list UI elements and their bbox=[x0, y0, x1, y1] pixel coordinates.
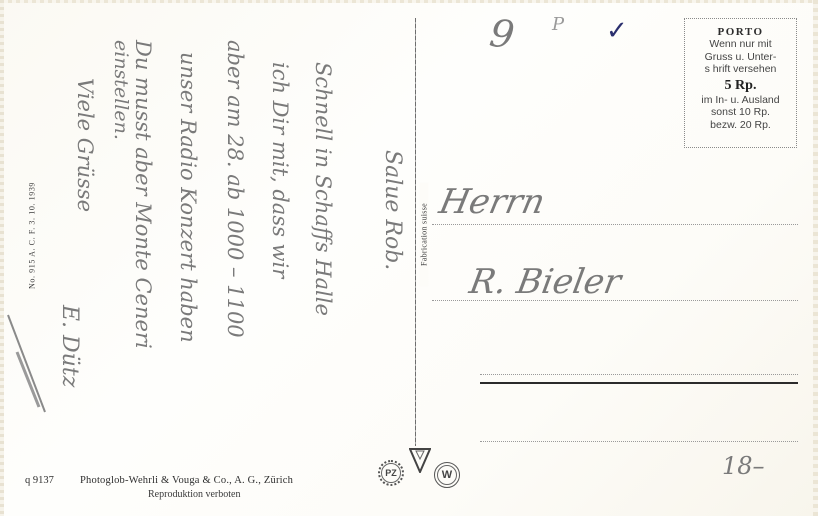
stamp-text: s hrift versehen bbox=[685, 63, 796, 76]
card-edge-left bbox=[0, 0, 4, 516]
printer-number: No. 915 A. C. F. 3. 10. 1939 bbox=[28, 166, 37, 306]
address-line-1 bbox=[432, 224, 798, 225]
message-closing: Viele Grüsse bbox=[73, 78, 97, 212]
card-edge-top bbox=[0, 0, 818, 3]
card-edge-right bbox=[813, 0, 818, 516]
address-salutation: Herrn bbox=[436, 182, 549, 222]
stamp-text: Gruss u. Unter- bbox=[685, 51, 796, 64]
stamp-text: sonst 10 Rp. bbox=[685, 106, 796, 119]
stamp-title: PORTO bbox=[685, 26, 796, 38]
message-line: aber am 28. ab 1000 – 1100 bbox=[223, 40, 247, 338]
address-underline bbox=[480, 382, 798, 384]
w-logo-icon: W bbox=[434, 462, 460, 488]
message-signature: E. Dütz bbox=[57, 305, 82, 387]
address-line-4 bbox=[480, 441, 798, 442]
card-code: q 9137 bbox=[25, 475, 54, 486]
publisher-label: Photoglob-Wehrli & Vouga & Co., A. G., Z… bbox=[80, 475, 293, 486]
pencil-mark-nine: 9 bbox=[487, 11, 517, 58]
reproduction-notice: Reproduktion verboten bbox=[148, 489, 240, 500]
stamp-price: 5 Rp. bbox=[685, 77, 796, 94]
stamp-text: bezw. 20 Rp. bbox=[685, 119, 796, 132]
stamp-text: im In- u. Ausland bbox=[685, 94, 796, 107]
address-name: R. Bieler bbox=[466, 262, 624, 302]
checkmark-icon: ✓ bbox=[606, 16, 628, 46]
price-mark: 18– bbox=[722, 452, 765, 480]
message-line: unser Radio Konzert haben bbox=[176, 52, 200, 343]
pencil-stroke-icon bbox=[5, 312, 55, 422]
message-line: Schnell in Schaffs Halle bbox=[311, 62, 335, 316]
postcard-back: 9 P ✓ PORTO Wenn nur mit Gruss u. Unter-… bbox=[0, 0, 818, 516]
message-greeting: Salue Rob. bbox=[380, 150, 405, 270]
message-line: Du musst aber Monte Ceneri bbox=[131, 40, 155, 349]
pz-logo-icon: PZ bbox=[378, 460, 404, 486]
message-line: einstellen. bbox=[110, 40, 132, 140]
stamp-text: Wenn nur mit bbox=[685, 38, 796, 51]
triangle-logo-icon bbox=[409, 447, 431, 473]
fabrication-label: Fabrication suisse bbox=[420, 183, 429, 287]
center-divider bbox=[415, 18, 416, 446]
message-line: ich Dir mit, dass wir bbox=[268, 62, 292, 278]
address-line-3 bbox=[480, 374, 798, 375]
stamp-box: PORTO Wenn nur mit Gruss u. Unter- s hri… bbox=[684, 18, 797, 148]
pencil-mark-p: P bbox=[552, 14, 564, 35]
